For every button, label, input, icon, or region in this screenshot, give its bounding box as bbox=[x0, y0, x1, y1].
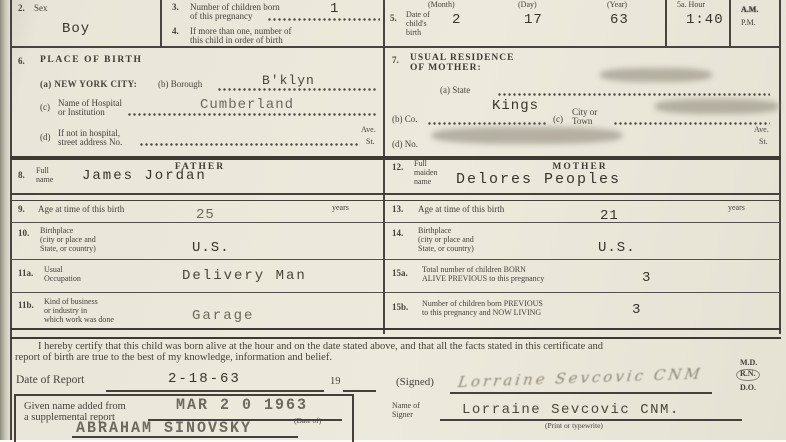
father-name-number: 8. bbox=[18, 170, 25, 180]
mother-age-years: years bbox=[728, 204, 745, 213]
place-d-number: (d) bbox=[40, 132, 51, 142]
place-title: PLACE OF BIRTH bbox=[40, 55, 142, 65]
father-occupation-label-2: Occupation bbox=[44, 275, 81, 284]
father-business-number: 11b. bbox=[18, 300, 34, 310]
credential-rn: R.N. bbox=[736, 369, 760, 381]
date-of-report-line bbox=[106, 390, 324, 392]
dob-pm-label: P.M. bbox=[741, 19, 756, 28]
form-right-border bbox=[779, 0, 781, 334]
residence-b-value: Kings bbox=[492, 98, 539, 114]
line-body-bottom bbox=[10, 328, 781, 339]
supplemental-name-line bbox=[72, 436, 298, 438]
credential-do: D.O. bbox=[740, 384, 756, 393]
place-c-dots bbox=[128, 113, 378, 116]
line-row2-bottom bbox=[10, 156, 781, 160]
place-b-value: B'klyn bbox=[262, 73, 315, 88]
father-name-label-2: name bbox=[36, 176, 53, 185]
line-age-bottom bbox=[10, 222, 781, 223]
father-age-number: 9. bbox=[18, 204, 25, 214]
field-plural-label-2: of this pregnancy bbox=[190, 11, 252, 21]
father-birthplace-label-3: State, or country) bbox=[40, 245, 96, 254]
line-name-bottom bbox=[10, 193, 781, 201]
credential-md: M.D. bbox=[740, 359, 757, 368]
date-of-report-label: Date of Report bbox=[16, 374, 84, 387]
row1-divider-left bbox=[160, 0, 162, 46]
residence-st-label: St. bbox=[759, 138, 768, 147]
place-number: 6. bbox=[18, 56, 25, 66]
dob-am-label: A.M. bbox=[741, 6, 758, 15]
residence-a-label: (a) State bbox=[440, 85, 470, 95]
report-year-prefix: 19 bbox=[330, 376, 341, 388]
place-d-dots bbox=[140, 143, 358, 146]
field-order-number: 4. bbox=[172, 26, 179, 36]
mother-name-number: 12. bbox=[392, 162, 403, 172]
mother-prev-born-number: 15a. bbox=[392, 268, 408, 278]
residence-c-number: (c) bbox=[553, 114, 563, 124]
supplemental-label-1: Given name added from bbox=[24, 401, 126, 413]
place-c-label-2: or Institution bbox=[58, 107, 105, 117]
dob-number: 5. bbox=[390, 13, 397, 23]
place-c-number: (c) bbox=[40, 102, 50, 112]
residence-title-2: OF MOTHER: bbox=[410, 63, 482, 73]
dob-year-header: (Year) bbox=[607, 1, 627, 10]
dob-day-value: 17 bbox=[524, 12, 543, 28]
mother-now-living-value: 3 bbox=[632, 302, 641, 318]
form-left-border bbox=[10, 0, 12, 440]
row1-divider-hour bbox=[665, 0, 667, 46]
mother-age-label: Age at time of this birth bbox=[418, 204, 504, 214]
mother-prev-born-value: 3 bbox=[642, 270, 651, 286]
field-sex-number: 2. bbox=[18, 3, 25, 13]
dob-day-header: (Day) bbox=[518, 1, 537, 10]
field-plural-dots bbox=[268, 18, 380, 21]
father-name-value: James Jordan bbox=[82, 168, 207, 184]
residence-c-dots bbox=[614, 122, 770, 125]
residence-b-dots bbox=[428, 122, 546, 125]
father-birthplace-value: U.S. bbox=[192, 240, 230, 256]
report-year-line bbox=[343, 390, 376, 392]
residence-town-redaction bbox=[655, 99, 779, 114]
mother-age-value: 21 bbox=[600, 208, 619, 224]
father-business-value: Garage bbox=[192, 308, 254, 324]
mother-now-living-number: 15b. bbox=[392, 302, 408, 312]
residence-a-dots bbox=[498, 93, 770, 96]
supplemental-date-of-label: (Date of) bbox=[294, 417, 321, 425]
physician-signature: Lorraine Sevcovic CNM bbox=[457, 365, 704, 392]
supplemental-date-stamp: MAR 2 0 1963 bbox=[176, 397, 308, 415]
center-divider bbox=[383, 0, 385, 334]
place-b-label: (b) Borough bbox=[158, 79, 202, 89]
dob-month-value: 2 bbox=[452, 12, 461, 28]
signer-sub-label: (Print or typewrite) bbox=[545, 422, 603, 430]
residence-title-1: USUAL RESIDENCE bbox=[410, 53, 515, 63]
residence-number: 7. bbox=[392, 55, 399, 65]
father-occupation-value: Delivery Man bbox=[182, 268, 307, 284]
father-occupation-number: 11a. bbox=[18, 268, 33, 278]
field-sex-label: Sex bbox=[34, 3, 48, 13]
place-d-label-2: street address No. bbox=[58, 137, 122, 147]
dob-hour-header: 5a. Hour bbox=[677, 1, 705, 10]
date-of-report-value: 2-18-63 bbox=[168, 371, 241, 387]
row1-divider-ampm bbox=[729, 0, 731, 46]
mother-birthplace-number: 14. bbox=[392, 228, 403, 238]
father-age-years: years bbox=[332, 204, 349, 213]
dob-hour-value: 1:40 bbox=[686, 12, 724, 28]
mother-birthplace-value: U.S. bbox=[598, 240, 636, 256]
mother-age-number: 13. bbox=[392, 204, 403, 214]
place-ave-label: Ave. bbox=[361, 126, 376, 135]
line-birthplace-bottom bbox=[10, 259, 781, 260]
mother-now-living-label-2: to this pregnancy and NOW LIVING bbox=[422, 309, 541, 318]
supplemental-name-stamp: ABRAHAM SINOVSKY bbox=[76, 420, 252, 438]
field-order-label-2: this child in order of birth bbox=[190, 35, 283, 45]
father-business-label-3: which work was done bbox=[44, 316, 114, 325]
dob-year-value: 63 bbox=[610, 12, 629, 28]
signer-label-2: Signer bbox=[392, 411, 413, 420]
line-row1-bottom bbox=[10, 46, 781, 48]
residence-b-label: (b) Co. bbox=[392, 114, 418, 124]
certification-line-1: I hereby certify that this child was bor… bbox=[38, 341, 603, 353]
dob-label-3: birth bbox=[406, 29, 421, 38]
place-a-label: (a) NEW YORK CITY: bbox=[40, 79, 137, 89]
place-st-label: St. bbox=[366, 138, 375, 147]
residence-state-redaction bbox=[600, 68, 712, 82]
residence-no-redaction bbox=[432, 127, 622, 144]
father-age-label: Age at time of this birth bbox=[38, 204, 124, 214]
place-c-value: Cumberland bbox=[200, 97, 294, 113]
line-occupation-bottom bbox=[10, 292, 781, 293]
signature-line bbox=[450, 392, 712, 394]
father-birthplace-number: 10. bbox=[18, 228, 29, 238]
father-age-value: 25 bbox=[196, 207, 215, 223]
signed-label: (Signed) bbox=[396, 376, 434, 388]
birth-certificate-scan: 2. Sex Boy 3. Number of children born of… bbox=[0, 0, 786, 442]
place-b-dots bbox=[218, 88, 378, 91]
mother-birthplace-label-3: State, or country) bbox=[418, 245, 474, 254]
residence-ave-label: Ave. bbox=[754, 126, 769, 135]
certification-line-2: report of birth are true to the best of … bbox=[15, 352, 332, 364]
signer-name-value: Lorraine Sevcovic CNM. bbox=[462, 402, 680, 418]
residence-c-label-2: Town bbox=[572, 116, 592, 126]
dob-month-header: (Month) bbox=[428, 1, 455, 10]
mother-name-value: Delores Peoples bbox=[456, 171, 621, 188]
field-plural-number: 3. bbox=[172, 2, 179, 12]
mother-prev-born-label-2: ALIVE PREVIOUS to this pregnancy bbox=[422, 275, 544, 284]
field-plural-value: 1 bbox=[330, 1, 339, 17]
residence-d-label: (d) No. bbox=[392, 139, 418, 149]
mother-name-label-3: name bbox=[414, 178, 431, 187]
field-sex-value: Boy bbox=[62, 21, 90, 37]
